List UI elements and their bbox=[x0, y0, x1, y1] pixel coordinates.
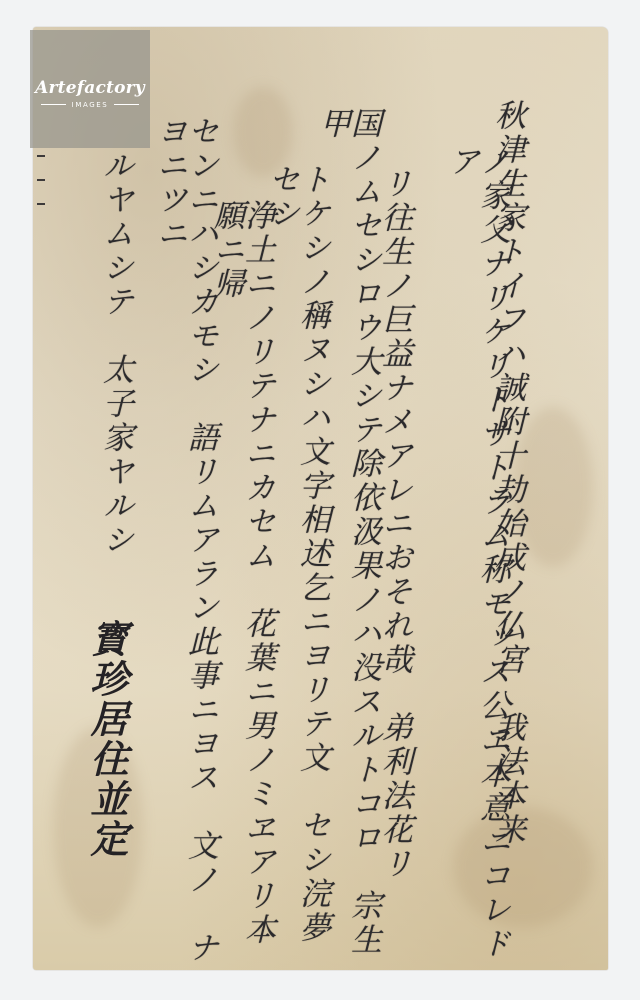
watermark-subtitle: IMAGES bbox=[41, 101, 140, 109]
watermark-brand: Artefactory bbox=[35, 78, 145, 98]
watermark-rule bbox=[114, 104, 139, 105]
margin-marks bbox=[37, 155, 49, 227]
margin-mark bbox=[37, 155, 45, 157]
watermark-rule bbox=[41, 104, 66, 105]
text-column-7: センニハシカモシ 語リムアラン此事ニヨス 文ノ ナヨニツニ bbox=[153, 115, 215, 970]
signature: 寳珍居住並定 bbox=[79, 619, 134, 859]
text-column-3: リ往生ノ巨益ナメアレニおそれ哉 弟利法花リ bbox=[378, 167, 409, 881]
text-column-6: 浄土ニノリテナニカセム 花葉ニ男ノミヱアリ本願ニ帰 bbox=[210, 199, 272, 970]
watermark-sub-label: IMAGES bbox=[72, 101, 109, 109]
text-column-2: ノ家父ナリケリトサトラム称モッス公ヱ本意ニコレドア bbox=[445, 145, 507, 970]
artefactory-watermark: Artefactory IMAGES bbox=[30, 30, 150, 148]
handwritten-text: 秋津生家トイフハ誠附十劫始成ノ仏宮 我法本来 ノ家父ナリケリトサトラム称モッス公… bbox=[33, 27, 608, 970]
margin-mark bbox=[37, 179, 45, 181]
margin-mark bbox=[37, 203, 45, 205]
text-column-8: ルヤムシテ 太子家ヤルシ bbox=[99, 149, 130, 557]
